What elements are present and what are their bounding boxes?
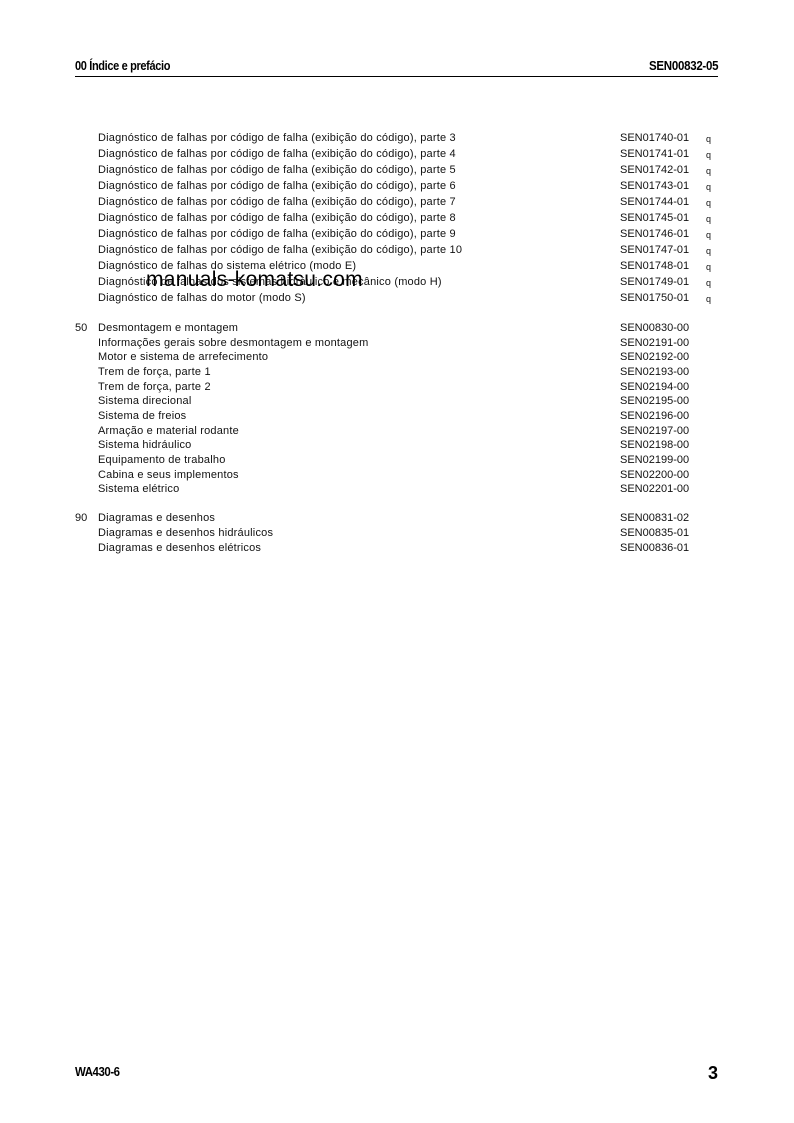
toc-entry-title: Equipamento de trabalho: [98, 453, 226, 468]
toc-entry-title: Informações gerais sobre desmontagem e m…: [98, 336, 368, 351]
toc-entry: Motor e sistema de arrefecimentoSEN02192…: [0, 350, 794, 365]
toc-entry: Sistema elétricoSEN02201-00: [0, 482, 794, 497]
footer-model: WA430-6: [75, 1064, 120, 1079]
toc-entry-title: Armação e material rodante: [98, 424, 239, 439]
revision-marker-icon: q: [706, 196, 711, 211]
toc-entry-title: Motor e sistema de arrefecimento: [98, 350, 268, 365]
toc-entry: Diagnóstico de falhas dos sistemas hidrá…: [0, 275, 794, 290]
toc-entry: Diagnóstico de falhas por código de falh…: [0, 211, 794, 226]
toc-entry-title: Diagnóstico de falhas do motor (modo S): [98, 291, 306, 306]
toc-entry: Diagramas e desenhos hidráulicosSEN00835…: [0, 526, 794, 541]
toc-entry-title: Sistema direcional: [98, 394, 191, 409]
toc-entry-code: SEN02200-00: [620, 468, 689, 483]
toc-entry: 50Desmontagem e montagemSEN00830-00: [0, 321, 794, 336]
toc-entry-title: Diagnóstico de falhas por código de falh…: [98, 227, 456, 242]
header-divider: [75, 76, 718, 77]
toc-entry-title: Cabina e seus implementos: [98, 468, 239, 483]
toc-entry-code: SEN00830-00: [620, 321, 689, 336]
header-doc-code: SEN00832-05: [649, 59, 718, 73]
toc-entry: Sistema direcionalSEN02195-00: [0, 394, 794, 409]
toc-entry: Diagramas e desenhos elétricosSEN00836-0…: [0, 541, 794, 556]
toc-entry-code: SEN01750-01: [620, 291, 689, 306]
toc-entry: Diagnóstico de falhas do motor (modo S)S…: [0, 291, 794, 306]
toc-entry: Informações gerais sobre desmontagem e m…: [0, 336, 794, 351]
toc-entry-title: Sistema elétrico: [98, 482, 179, 497]
toc-entry-code: SEN02199-00: [620, 453, 689, 468]
toc-entry-code: SEN01742-01: [620, 163, 689, 178]
toc-entry-code: SEN01743-01: [620, 179, 689, 194]
toc-entry-title: Diagnóstico de falhas por código de falh…: [98, 211, 456, 226]
toc-entry: Diagnóstico de falhas do sistema elétric…: [0, 259, 794, 274]
toc-entry: Trem de força, parte 2SEN02194-00: [0, 380, 794, 395]
revision-marker-icon: q: [706, 292, 711, 307]
toc-entry-code: SEN01744-01: [620, 195, 689, 210]
toc-entry-title: Trem de força, parte 2: [98, 380, 211, 395]
toc-entry: Diagnóstico de falhas por código de falh…: [0, 195, 794, 210]
toc-entry-code: SEN02195-00: [620, 394, 689, 409]
toc-entry-code: SEN02197-00: [620, 424, 689, 439]
revision-marker-icon: q: [706, 260, 711, 275]
toc-entry-code: SEN02201-00: [620, 482, 689, 497]
toc-entry: Diagnóstico de falhas por código de falh…: [0, 131, 794, 146]
toc-entry: Diagnóstico de falhas por código de falh…: [0, 147, 794, 162]
toc-entry-code: SEN00836-01: [620, 541, 689, 556]
toc-entry: Diagnóstico de falhas por código de falh…: [0, 243, 794, 258]
toc-entry-title: Diagramas e desenhos elétricos: [98, 541, 261, 556]
toc-entry-code: SEN02194-00: [620, 380, 689, 395]
toc-entry: Diagnóstico de falhas por código de falh…: [0, 227, 794, 242]
toc-entry-code: SEN02198-00: [620, 438, 689, 453]
toc-entry-code: SEN02191-00: [620, 336, 689, 351]
toc-entry-title: Desmontagem e montagem: [98, 321, 238, 336]
toc-entry-code: SEN01748-01: [620, 259, 689, 274]
toc-entry: Sistema hidráulicoSEN02198-00: [0, 438, 794, 453]
toc-entry-code: SEN02193-00: [620, 365, 689, 380]
toc-entry-code: SEN00831-02: [620, 511, 689, 526]
toc-entry: Cabina e seus implementosSEN02200-00: [0, 468, 794, 483]
footer-page-number: 3: [708, 1063, 718, 1084]
toc-entry-code: SEN01749-01: [620, 275, 689, 290]
toc-entry-title: Diagnóstico de falhas por código de falh…: [98, 179, 456, 194]
revision-marker-icon: q: [706, 276, 711, 291]
toc-entry-code: SEN01747-01: [620, 243, 689, 258]
toc-entry-title: Diagnóstico de falhas por código de falh…: [98, 195, 456, 210]
revision-marker-icon: q: [706, 148, 711, 163]
revision-marker-icon: q: [706, 180, 711, 195]
toc-entry-code: SEN00835-01: [620, 526, 689, 541]
toc-entry-code: SEN01746-01: [620, 227, 689, 242]
revision-marker-icon: q: [706, 228, 711, 243]
header-section-title: 00 Índice e prefácio: [75, 59, 170, 73]
toc-entry: Diagnóstico de falhas por código de falh…: [0, 163, 794, 178]
toc-entry-title: Sistema hidráulico: [98, 438, 191, 453]
revision-marker-icon: q: [706, 244, 711, 259]
toc-entry-title: Trem de força, parte 1: [98, 365, 211, 380]
toc-entry: Diagnóstico de falhas por código de falh…: [0, 179, 794, 194]
toc-entry-title: Diagnóstico de falhas por código de falh…: [98, 243, 462, 258]
toc-entry-title: Sistema de freios: [98, 409, 186, 424]
watermark: manuals-komatsu.com: [146, 268, 363, 292]
toc-entry-title: Diagramas e desenhos hidráulicos: [98, 526, 273, 541]
toc-entry-code: SEN02192-00: [620, 350, 689, 365]
revision-marker-icon: q: [706, 212, 711, 227]
revision-marker-icon: q: [706, 132, 711, 147]
toc-entry-title: Diagnóstico de falhas por código de falh…: [98, 147, 456, 162]
revision-marker-icon: q: [706, 164, 711, 179]
toc-entry: Equipamento de trabalhoSEN02199-00: [0, 453, 794, 468]
toc-entry-code: SEN02196-00: [620, 409, 689, 424]
toc-entry-code: SEN01740-01: [620, 131, 689, 146]
toc-entry: Armação e material rodanteSEN02197-00: [0, 424, 794, 439]
toc-entry: Sistema de freiosSEN02196-00: [0, 409, 794, 424]
toc-entry-code: SEN01745-01: [620, 211, 689, 226]
toc-entry: 90Diagramas e desenhosSEN00831-02: [0, 511, 794, 526]
toc-section-number: 50: [75, 321, 87, 336]
toc-entry-title: Diagnóstico de falhas por código de falh…: [98, 131, 456, 146]
toc-section-number: 90: [75, 511, 87, 526]
toc-entry-code: SEN01741-01: [620, 147, 689, 162]
toc-entry: Trem de força, parte 1SEN02193-00: [0, 365, 794, 380]
toc-entry-title: Diagnóstico de falhas por código de falh…: [98, 163, 456, 178]
toc-entry-title: Diagramas e desenhos: [98, 511, 215, 526]
